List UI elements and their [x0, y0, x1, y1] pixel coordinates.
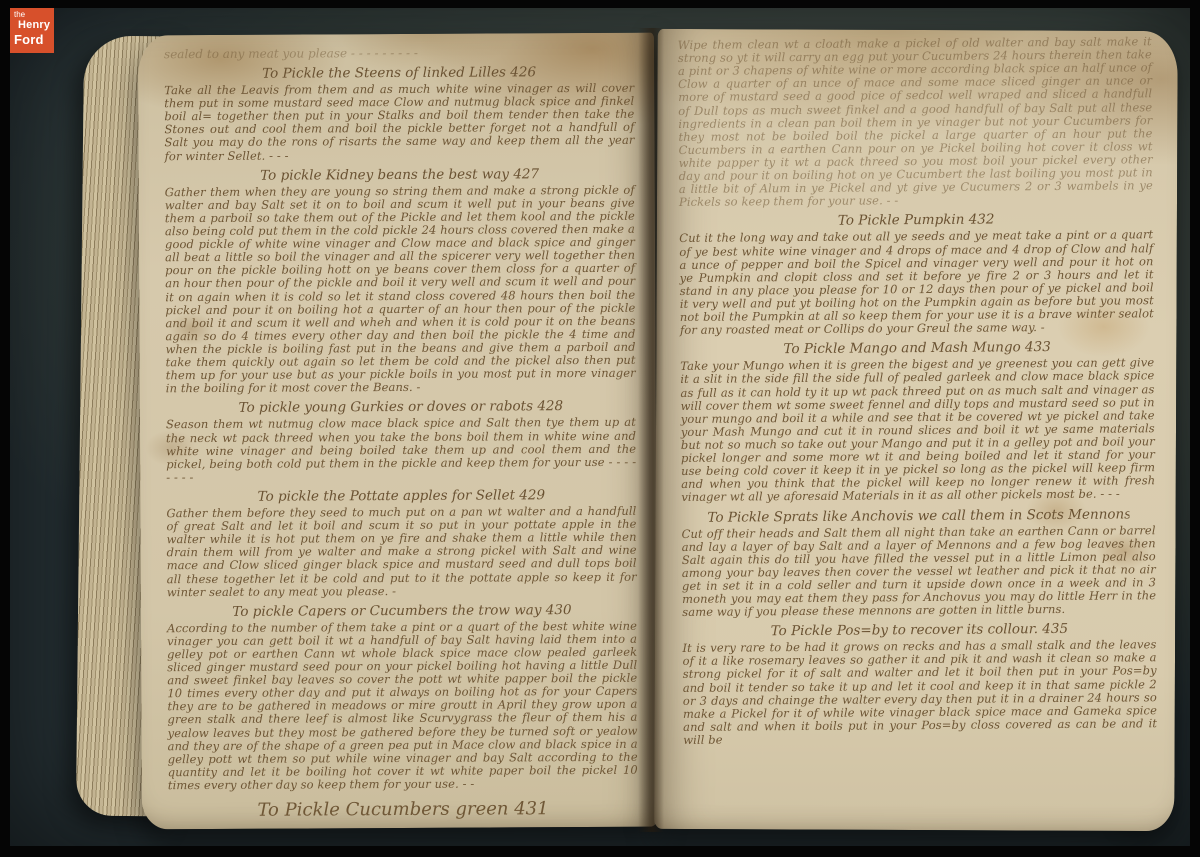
manuscript-photograph: the Henry Ford sealed to any meat you pl…	[10, 8, 1190, 846]
recipe-428: To pickle young Gurkies or doves or rabo…	[166, 398, 636, 484]
left-page: sealed to any meat you please - - - - - …	[138, 33, 658, 830]
recipe-429: To pickle the Pottate apples for Sellet …	[166, 487, 637, 599]
recipe-body: Gather them before they seed to much put…	[166, 505, 636, 599]
henry-ford-logo: the Henry Ford	[10, 8, 54, 53]
logo-word-henry: Henry	[18, 20, 54, 31]
recipe-427: To pickle Kidney beans the best way 427 …	[165, 165, 636, 395]
logo-word-ford: Ford	[14, 33, 54, 46]
recipe-430: To pickle Capers or Cucumbers the trow w…	[167, 601, 638, 792]
open-recipe-book: sealed to any meat you please - - - - - …	[40, 14, 1158, 840]
recipe-body: Gather them when they are young so strin…	[165, 183, 636, 395]
recipe-432: To Pickle Pumpkin 432 Cut it the long wa…	[679, 211, 1154, 338]
recipe-heading: To pickle Kidney beans the best way 427	[191, 166, 609, 184]
recipe-heading: To pickle Capers or Cucumbers the trow w…	[193, 602, 611, 620]
recipe-body: According to the number of them take a p…	[167, 619, 638, 792]
recipe-426: To Pickle the Steens of linked Lilles 42…	[164, 64, 634, 163]
recipe-body: Cut off their heads and Salt them all ni…	[682, 524, 1157, 619]
recipe-431: To Pickle Cucumbers green 431	[168, 798, 638, 821]
logo-word-the: the	[14, 11, 54, 19]
recipe-heading: To Pickle Mango and Mash Mungo 433	[706, 339, 1128, 358]
recipe-heading: To Pickle Pumpkin 432	[705, 211, 1127, 230]
recipe-continuation: Wipe them clean wt a cloath make a picke…	[678, 35, 1153, 209]
carryover-line: sealed to any meat you please - - - - - …	[164, 45, 634, 61]
recipe-433: To Pickle Mango and Mash Mungo 433 Take …	[680, 339, 1155, 505]
recipe-body: Season them wt nutmug clow mace black sp…	[166, 416, 636, 484]
recipe-body: Take all the Leavis from them and as muc…	[164, 82, 634, 163]
recipe-heading: To pickle the Pottate apples for Sellet …	[192, 487, 610, 505]
recipe-434: To Pickle Sprats like Anchovis we call t…	[681, 506, 1156, 619]
recipe-heading: To pickle young Gurkies or doves or rabo…	[192, 398, 610, 416]
recipe-body: It is very rare to be had it grows on re…	[682, 638, 1157, 747]
recipe-heading: To Pickle Sprats like Anchovis we call t…	[707, 506, 1129, 525]
recipe-435: To Pickle Pos=by to recover its collour.…	[682, 620, 1157, 747]
recipe-heading: To Pickle Pos=by to recover its collour.…	[708, 621, 1130, 640]
right-page: Wipe them clean wt a cloath make a picke…	[654, 29, 1177, 831]
recipe-heading: To Pickle Cucumbers green 431	[194, 798, 612, 821]
right-page-text-block: Wipe them clean wt a cloath make a picke…	[678, 35, 1158, 747]
recipe-body: Cut it the long way and take out all ye …	[679, 229, 1154, 338]
recipe-body: Take your Mungo when it is green the big…	[680, 357, 1155, 505]
recipe-heading: To Pickle the Steens of linked Lilles 42…	[190, 64, 608, 82]
